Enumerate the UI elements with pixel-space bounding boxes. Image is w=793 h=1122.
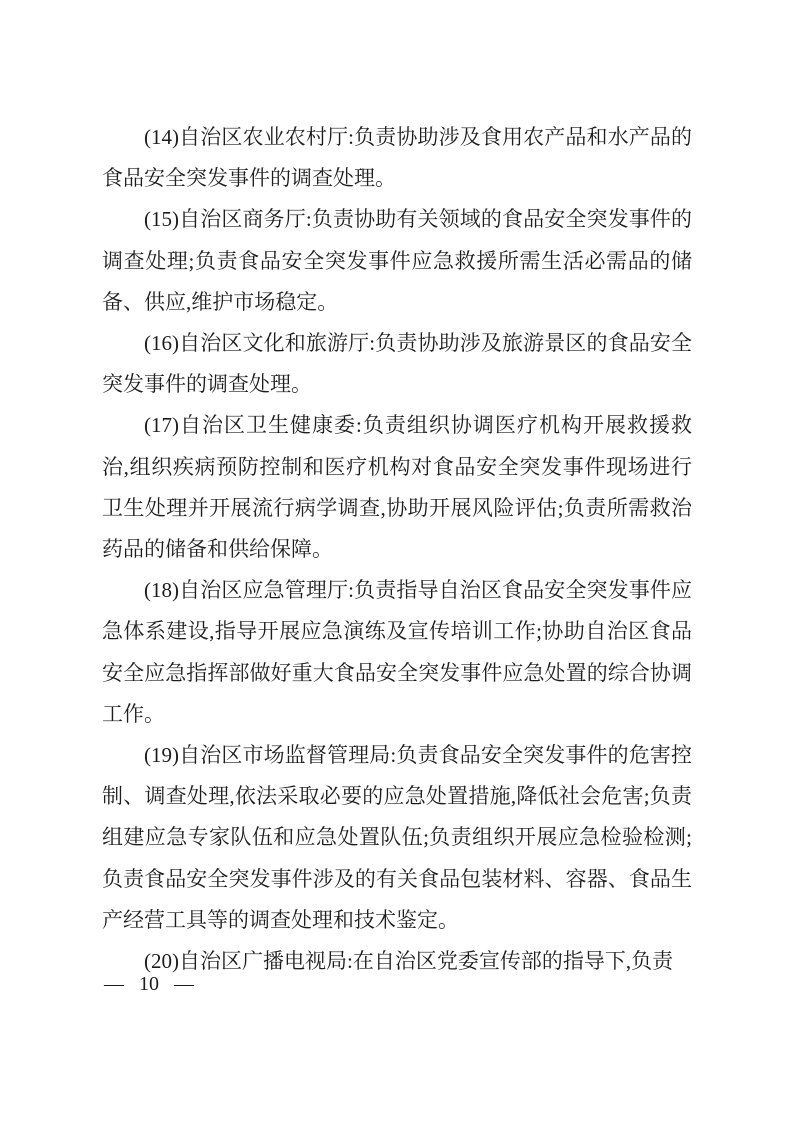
paragraph-item-19: (19)自治区市场监督管理局:负责食品安全突发事件的危害控制、调查处理,依法采取…: [102, 735, 692, 941]
footer-dash-left: —: [104, 973, 124, 996]
paragraph-item-14: (14)自治区农业农村厅:负责协助涉及食用农产品和水产品的食品安全突发事件的调查…: [102, 117, 692, 199]
paragraph-item-17: (17)自治区卫生健康委:负责组织协调医疗机构开展救援救治,组织疾病预防控制和医…: [102, 405, 692, 570]
document-page: (14)自治区农业农村厅:负责协助涉及食用农产品和水产品的食品安全突发事件的调查…: [0, 0, 793, 1122]
footer-dash-right: —: [174, 973, 194, 996]
page-number: 10: [139, 973, 159, 996]
paragraph-item-16: (16)自治区文化和旅游厅:负责协助涉及旅游景区的食品安全突发事件的调查处理。: [102, 323, 692, 405]
page-footer: — 10 —: [104, 973, 194, 996]
paragraph-item-18: (18)自治区应急管理厅:负责指导自治区食品安全突发事件应急体系建设,指导开展应…: [102, 570, 692, 735]
document-body: (14)自治区农业农村厅:负责协助涉及食用农产品和水产品的食品安全突发事件的调查…: [102, 117, 692, 982]
paragraph-item-15: (15)自治区商务厅:负责协助有关领域的食品安全突发事件的调查处理;负责食品安全…: [102, 199, 692, 323]
